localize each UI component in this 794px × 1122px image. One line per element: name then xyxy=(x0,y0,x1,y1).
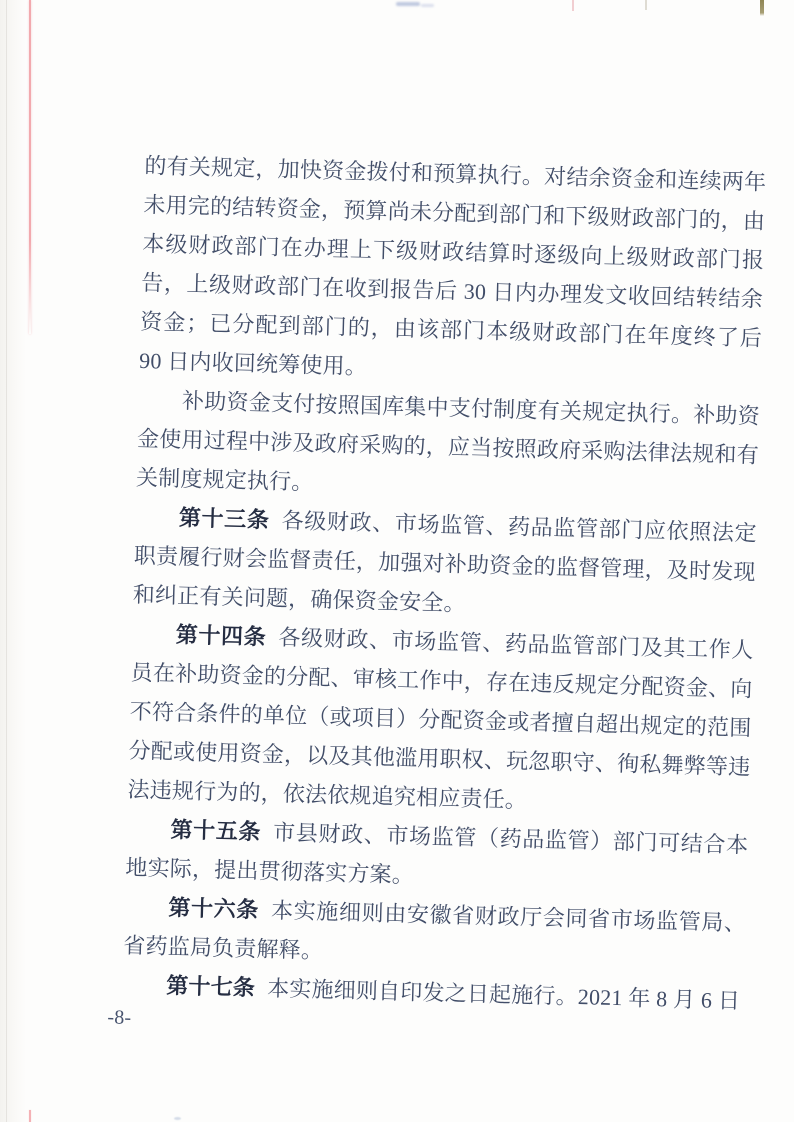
blue-ink-smudge-icon xyxy=(396,2,420,6)
article-15-heading: 第十五条 xyxy=(170,817,261,844)
pink-fold-line-icon xyxy=(29,0,31,334)
scanner-edge-strip xyxy=(0,0,26,1122)
article-13-paragraph: 第十三条各级财政、市场监管、药品监管部门应依照法定职责履行财会监督责任，加强对补… xyxy=(132,497,757,631)
document-body: 的有关规定，加快资金拨付和预算执行。对结余资金和连续两年未用完的结转资金，预算尚… xyxy=(121,146,767,1048)
paragraph-text: 本实施细则自印发之日起施行。2021 年 8 月 6 日 xyxy=(267,976,741,1014)
paragraph-text: 的有关规定，加快资金拨付和预算执行。对结余资金和连续两年未用完的结转资金，预算尚… xyxy=(139,153,767,379)
paragraph-continuation: 的有关规定，加快资金拨付和预算执行。对结余资金和连续两年未用完的结转资金，预算尚… xyxy=(139,146,767,397)
article-13-heading: 第十三条 xyxy=(179,505,270,532)
olive-edge-mark-icon xyxy=(760,0,764,16)
paragraph-payment: 补助资金支付按照国库集中支付制度有关规定执行。补助资金使用过程中涉及政府采购的，… xyxy=(136,380,761,514)
article-14-paragraph: 第十四条各级财政、市场监管、药品监管部门及其工作人员在补助资金的分配、审核工作中… xyxy=(127,614,754,826)
article-17-heading: 第十七条 xyxy=(166,973,255,1000)
scanned-document-page: 的有关规定，加快资金拨付和预算执行。对结余资金和连续两年未用完的结转资金，预算尚… xyxy=(0,0,794,1122)
article-16-heading: 第十六条 xyxy=(168,895,259,922)
gray-edge-tick-icon xyxy=(645,0,647,10)
pink-edge-tick-icon xyxy=(572,0,574,11)
blue-dot-icon xyxy=(174,1117,181,1120)
paragraph-text: 各级财政、市场监管、药品监管部门及其工作人员在补助资金的分配、审核工作中，存在违… xyxy=(127,625,754,813)
article-14-heading: 第十四条 xyxy=(175,622,266,649)
paragraph-text: 补助资金支付按照国库集中支付制度有关规定执行。补助资金使用过程中涉及政府采购的，… xyxy=(136,388,761,495)
pink-fold-line-bottom-icon xyxy=(29,1110,31,1122)
